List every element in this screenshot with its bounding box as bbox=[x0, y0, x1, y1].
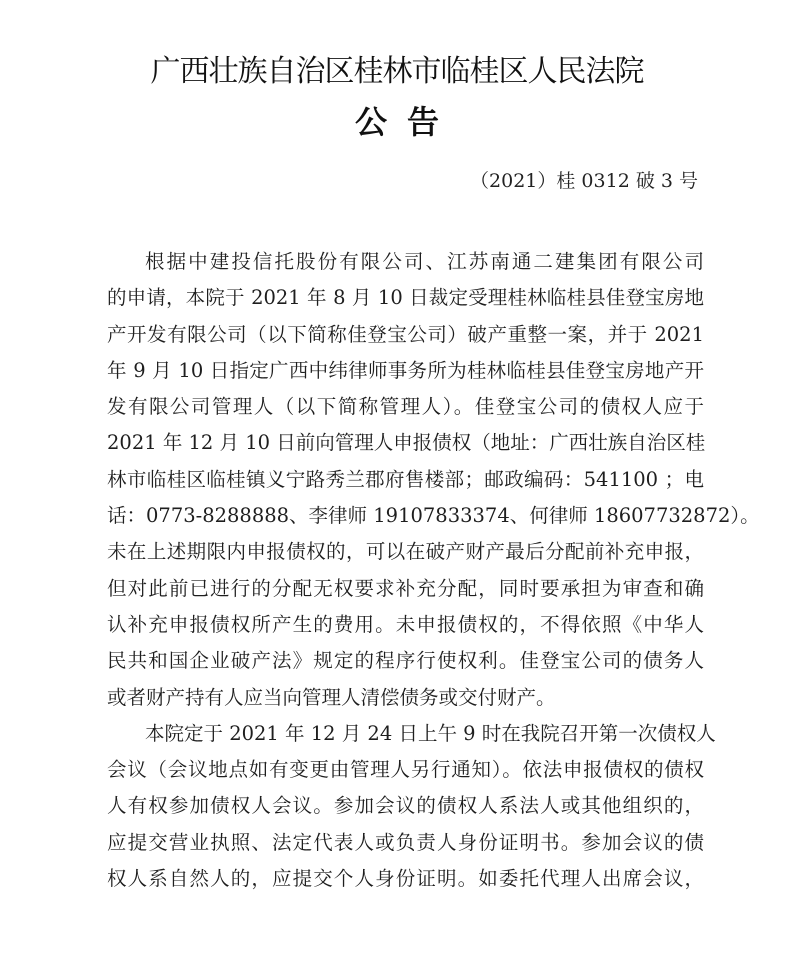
paragraph-1-line-3: 产开发有限公司（以下简称佳登宝公司）破产重整一案，并于 2021 bbox=[107, 317, 704, 353]
paragraph-2-line-4: 应提交营业执照、法定代表人或负责人身份证明书。参加会议的债 bbox=[107, 825, 704, 861]
paragraph-1-line-1: 根据中建投信托股份有限公司、江苏南通二建集团有限公司 bbox=[107, 244, 704, 280]
document-title: 公告 bbox=[0, 100, 794, 144]
court-name: 广西壮族自治区桂林市临桂区人民法院 bbox=[0, 52, 794, 92]
paragraph-1-line-9: 未在上述期限内申报债权的，可以在破产财产最后分配前补充申报， bbox=[107, 534, 704, 570]
paragraph-1-line-12: 民共和国企业破产法》规定的程序行使权利。佳登宝公司的债务人 bbox=[107, 643, 704, 679]
paragraph-2-line-5: 权人系自然人的，应提交个人身份证明。如委托代理人出席会议， bbox=[107, 861, 704, 897]
paragraph-1-line-10: 但对此前已进行的分配无权要求补充分配，同时要承担为审查和确 bbox=[107, 571, 704, 607]
paragraph-1-line-8: 话：0773-8288888、李律师 19107833374、何律师 18607… bbox=[107, 498, 704, 534]
case-number: （2021）桂 0312 破 3 号 bbox=[470, 168, 698, 194]
paragraph-1-line-7: 林市临桂区临桂镇义宁路秀兰郡府售楼部；邮政编码：541100 ；电 bbox=[107, 462, 704, 498]
paragraph-1-line-5: 发有限公司管理人（以下简称管理人）。佳登宝公司的债权人应于 bbox=[107, 389, 704, 425]
announcement-body: 根据中建投信托股份有限公司、江苏南通二建集团有限公司 的申请，本院于 2021 … bbox=[107, 244, 704, 897]
paragraph-1-line-13: 或者财产持有人应当向管理人清偿债务或交付财产。 bbox=[107, 680, 704, 716]
paragraph-2-line-2: 会议（会议地点如有变更由管理人另行通知）。依法申报债权的债权 bbox=[107, 752, 704, 788]
paragraph-1-line-6: 2021 年 12 月 10 日前向管理人申报债权（地址：广西壮族自治区桂 bbox=[107, 425, 704, 461]
paragraph-1-line-4: 年 9 月 10 日指定广西中纬律师事务所为桂林临桂县佳登宝房地产开 bbox=[107, 353, 704, 389]
paragraph-1-line-2: 的申请，本院于 2021 年 8 月 10 日裁定受理桂林临桂县佳登宝房地 bbox=[107, 280, 704, 316]
paragraph-1-line-11: 认补充申报债权所产生的费用。未申报债权的，不得依照《中华人 bbox=[107, 607, 704, 643]
paragraph-2-line-3: 人有权参加债权人会议。参加会议的债权人系法人或其他组织的， bbox=[107, 788, 704, 824]
paragraph-2-line-1: 本院定于 2021 年 12 月 24 日上午 9 时在我院召开第一次债权人 bbox=[107, 716, 704, 752]
